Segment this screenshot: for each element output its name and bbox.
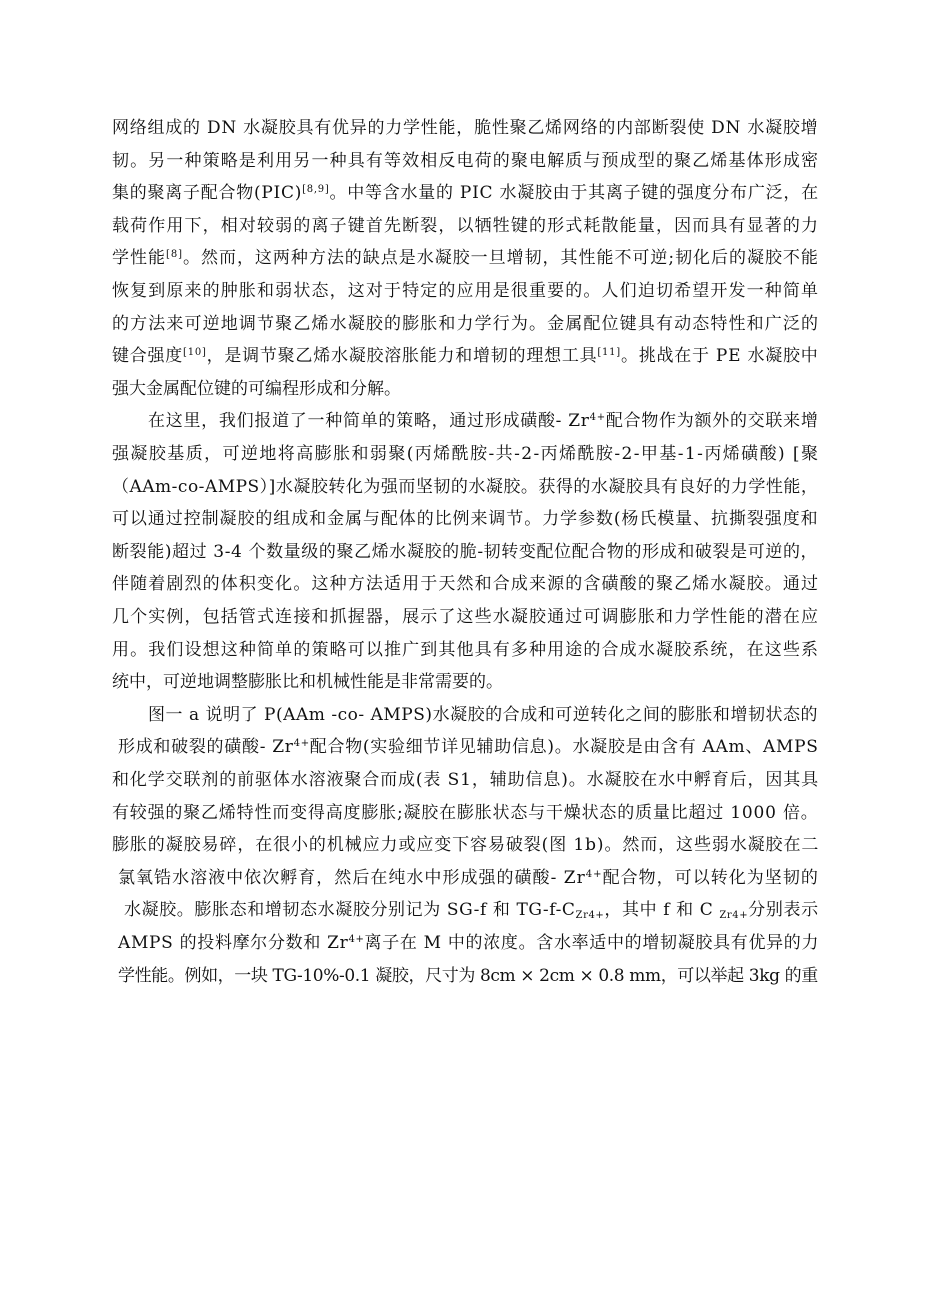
text-run: 。中等含水量的 PIC 水凝胶由于其离子键的强度分布广泛，在 bbox=[330, 183, 819, 203]
paragraph-line: （AAm-co-AMPS）]水凝胶转化为强而坚韧的水凝胶。获得的水凝胶具有良好的… bbox=[112, 471, 818, 503]
text-run: 键合强度 bbox=[112, 346, 183, 366]
text-run: ，是调节聚乙烯水凝胶溶胀能力和增韧的理想工具 bbox=[207, 346, 598, 366]
superscript: 4+ bbox=[294, 738, 310, 749]
text-run: 网络组成的 DN 水凝胶具有优异的力学性能，脆性聚乙烯网络的内部断裂使 DN 水… bbox=[112, 118, 818, 138]
text-run: ，其中 f 和 C bbox=[604, 900, 719, 920]
text-run: 有较强的聚乙烯特性而变得高度膨胀;凝胶在膨胀状态与干燥状态的质量比超过 1000… bbox=[112, 803, 819, 823]
paragraph-line: 恢复到原来的肿胀和弱状态，这对于特定的应用是很重要的。人们迫切希望开发一种简单 bbox=[112, 275, 819, 307]
paragraph-line: 学性能[8]。然而，这两种方法的缺点是水凝胶一旦增韧，其性能不可逆;韧化后的凝胶… bbox=[112, 242, 819, 274]
superscript: 4+ bbox=[590, 412, 606, 423]
text-run: 学性能 bbox=[112, 248, 166, 268]
superscript: [10] bbox=[183, 347, 207, 358]
text-run: 集的聚离子配合物(PIC) bbox=[112, 183, 302, 203]
paragraph-line: 强大金属配位键的可编程形成和分解。 bbox=[112, 373, 401, 405]
text-run: 配合物(实验细节详见辅助信息)。水凝胶是由含有 AAm、AMPS bbox=[310, 737, 819, 757]
text-run: 和化学交联剂的前驱体水溶液聚合而成(表 S1，辅助信息)。水凝胶在水中孵育后，因… bbox=[112, 770, 819, 790]
text-run: 在这里，我们报道了一种简单的策略，通过形成磺酸- Zr bbox=[148, 411, 590, 431]
text-run: 伴随着剧烈的体积变化。这种方法适用于天然和合成来源的含磺酸的聚乙烯水凝胶。通过 bbox=[112, 574, 819, 594]
text-run: 强凝胶基质，可逆地将高膨胀和弱聚(丙烯酰胺-共-2-丙烯酰胺-2-甲基-1-丙烯… bbox=[112, 444, 819, 464]
paragraph-line: 键合强度[10]，是调节聚乙烯水凝胶溶胀能力和增韧的理想工具[11]。挑战在于 … bbox=[112, 340, 819, 372]
paragraph-line: 氯氧锆水溶液中依次孵育，然后在纯水中形成强的磺酸- Zr4+配合物，可以转化为坚… bbox=[118, 862, 819, 894]
superscript: [8] bbox=[166, 249, 183, 260]
paragraph-line: 网络组成的 DN 水凝胶具有优异的力学性能，脆性聚乙烯网络的内部断裂使 DN 水… bbox=[112, 112, 818, 144]
text-run: 膨胀的凝胶易碎，在很小的机械应力或应变下容易破裂(图 1b)。然而，这些弱水凝胶… bbox=[112, 835, 819, 855]
paragraph-line: 断裂能)超过 3-4 个数量级的聚乙烯水凝胶的脆-韧转变配位配合物的形成和破裂是… bbox=[112, 536, 818, 568]
text-run: 配合物作为额外的交联来增 bbox=[606, 411, 819, 431]
text-run: 载荷作用下，相对较弱的离子键首先断裂，以牺牲键的形式耗散能量，因而具有显著的力 bbox=[112, 216, 819, 236]
text-run: 离子在 M 中的浓度。含水率适中的增韧凝胶具有优异的力 bbox=[365, 933, 820, 953]
subscript: Zr4+ bbox=[719, 910, 748, 921]
paragraph-line: 几个实例，包括管式连接和抓握器，展示了这些水凝胶通过可调膨胀和力学性能的潜在应 bbox=[112, 601, 819, 633]
text-run: 几个实例，包括管式连接和抓握器，展示了这些水凝胶通过可调膨胀和力学性能的潜在应 bbox=[112, 607, 819, 627]
superscript: 4+ bbox=[348, 934, 364, 945]
text-run: 。挑战在于 PE 水凝胶中 bbox=[621, 346, 819, 366]
paragraph-line: 可以通过控制凝胶的组成和金属与配体的比例来调节。力学参数(杨氏模量、抗撕裂强度和 bbox=[112, 503, 819, 535]
paragraph-line: 形成和破裂的磺酸- Zr4+配合物(实验细节详见辅助信息)。水凝胶是由含有 AA… bbox=[118, 731, 819, 763]
text-run: 统中，可逆地调整膨胀比和机械性能是非常需要的。 bbox=[112, 672, 503, 692]
paragraph-line: 集的聚离子配合物(PIC)[8,9]。中等含水量的 PIC 水凝胶由于其离子键的… bbox=[112, 177, 819, 209]
text-run: 形成和破裂的磺酸- Zr bbox=[118, 737, 294, 757]
text-run: 图一 a 说明了 P(AAm -co- AMPS)水凝胶的合成和可逆转化之间的膨… bbox=[148, 705, 818, 725]
text-run: 用。我们设想这种简单的策略可以推广到其他具有多种用途的合成水凝胶系统，在这些系 bbox=[112, 640, 819, 660]
paragraph-line: 学性能。例如，一块 TG-10%-0.1 凝胶，尺寸为 8cm × 2cm × … bbox=[118, 960, 818, 992]
text-run: 分别表示 bbox=[748, 900, 818, 920]
paragraph-line: 伴随着剧烈的体积变化。这种方法适用于天然和合成来源的含磺酸的聚乙烯水凝胶。通过 bbox=[112, 568, 819, 600]
text-run: 断裂能)超过 3-4 个数量级的聚乙烯水凝胶的脆-韧转变配位配合物的形成和破裂是… bbox=[112, 542, 818, 562]
superscript: [8,9] bbox=[302, 184, 329, 195]
paragraph-line: 水凝胶。膨胀态和增韧态水凝胶分别记为 SG-f 和 TG-f-CZr4+，其中 … bbox=[124, 894, 819, 926]
paragraph-line: 图一 a 说明了 P(AAm -co- AMPS)水凝胶的合成和可逆转化之间的膨… bbox=[148, 699, 818, 731]
paragraph-line: 和化学交联剂的前驱体水溶液聚合而成(表 S1，辅助信息)。水凝胶在水中孵育后，因… bbox=[112, 764, 819, 796]
text-run: 。然而，这两种方法的缺点是水凝胶一旦增韧，其性能不可逆;韧化后的凝胶不能 bbox=[183, 248, 819, 268]
subscript: Zr4+ bbox=[576, 910, 605, 921]
paragraph-line: 有较强的聚乙烯特性而变得高度膨胀;凝胶在膨胀状态与干燥状态的质量比超过 1000… bbox=[112, 797, 819, 829]
paragraph-line: 韧。另一种策略是利用另一种具有等效相反电荷的聚电解质与预成型的聚乙烯基体形成密 bbox=[112, 145, 819, 177]
superscript: 4+ bbox=[586, 869, 603, 880]
text-run: 恢复到原来的肿胀和弱状态，这对于特定的应用是很重要的。人们迫切希望开发一种简单 bbox=[112, 281, 819, 301]
text-run: 的方法来可逆地调节聚乙烯水凝胶的膨胀和力学行为。金属配位键具有动态特性和广泛的 bbox=[112, 314, 819, 334]
text-run: （AAm-co-AMPS）]水凝胶转化为强而坚韧的水凝胶。获得的水凝胶具有良好的… bbox=[112, 477, 818, 497]
text-run: 学性能。例如，一块 TG-10%-0.1 凝胶，尺寸为 8cm × 2cm × … bbox=[118, 966, 818, 986]
text-run: 韧。另一种策略是利用另一种具有等效相反电荷的聚电解质与预成型的聚乙烯基体形成密 bbox=[112, 151, 819, 171]
paragraph-line: 在这里，我们报道了一种简单的策略，通过形成磺酸- Zr4+配合物作为额外的交联来… bbox=[148, 405, 819, 437]
text-run: 强大金属配位键的可编程形成和分解。 bbox=[112, 379, 401, 399]
paragraph-line: 统中，可逆地调整膨胀比和机械性能是非常需要的。 bbox=[112, 666, 503, 698]
text-run: 可以通过控制凝胶的组成和金属与配体的比例来调节。力学参数(杨氏模量、抗撕裂强度和 bbox=[112, 509, 819, 529]
paragraph-line: 的方法来可逆地调节聚乙烯水凝胶的膨胀和力学行为。金属配位键具有动态特性和广泛的 bbox=[112, 308, 819, 340]
paragraph-line: 膨胀的凝胶易碎，在很小的机械应力或应变下容易破裂(图 1b)。然而，这些弱水凝胶… bbox=[112, 829, 819, 861]
paragraph-line: AMPS 的投料摩尔分数和 Zr4+离子在 M 中的浓度。含水率适中的增韧凝胶具… bbox=[118, 927, 819, 959]
text-run: 水凝胶。膨胀态和增韧态水凝胶分别记为 SG-f 和 TG-f-C bbox=[124, 900, 576, 920]
text-run: AMPS 的投料摩尔分数和 Zr bbox=[118, 933, 348, 953]
text-run: 配合物，可以转化为坚韧的 bbox=[603, 868, 819, 888]
superscript: [11] bbox=[597, 347, 621, 358]
paragraph-line: 载荷作用下，相对较弱的离子键首先断裂，以牺牲键的形式耗散能量，因而具有显著的力 bbox=[112, 210, 819, 242]
paragraph-line: 强凝胶基质，可逆地将高膨胀和弱聚(丙烯酰胺-共-2-丙烯酰胺-2-甲基-1-丙烯… bbox=[112, 438, 819, 470]
paragraph-line: 用。我们设想这种简单的策略可以推广到其他具有多种用途的合成水凝胶系统，在这些系 bbox=[112, 634, 819, 666]
text-run: 氯氧锆水溶液中依次孵育，然后在纯水中形成强的磺酸- Zr bbox=[118, 868, 586, 888]
